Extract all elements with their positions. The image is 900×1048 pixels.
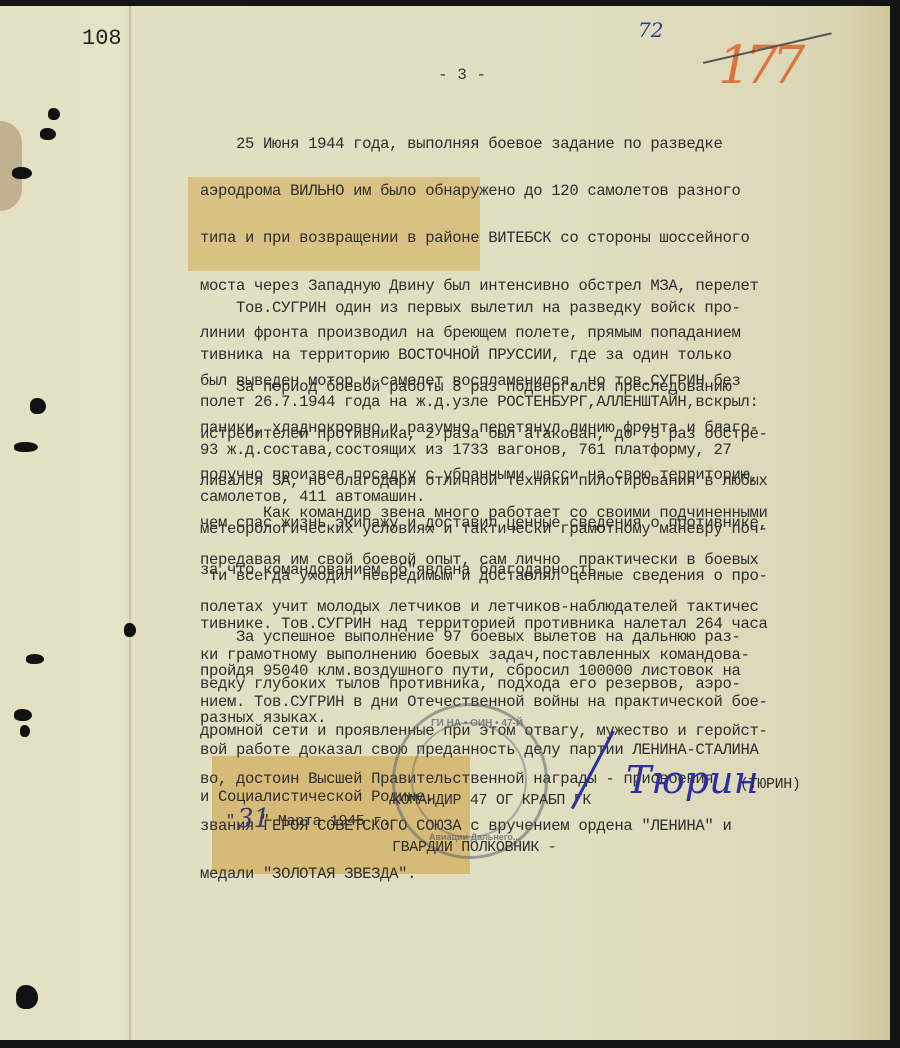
signature-block: КОМАНДИР 47 ОГ КРАБП ГК ГВАРДИИ ПОЛКОВНИ… bbox=[392, 761, 591, 887]
document-page: 108 72 177 - 3 - 25 Июня 1944 года, выпо… bbox=[0, 6, 890, 1040]
text-line: За период боевой работы 8 раз подвергалс… bbox=[200, 380, 768, 396]
paper-stain bbox=[0, 121, 22, 211]
page-number: - 3 - bbox=[438, 66, 486, 84]
page-fold-line bbox=[129, 6, 131, 1040]
signer-rank: ГВАРДИИ ПОЛКОВНИК - bbox=[392, 840, 591, 856]
text-line: истребителей противника, 2 раза был атак… bbox=[200, 427, 768, 443]
punch-hole bbox=[20, 725, 30, 737]
punch-hole bbox=[12, 167, 32, 179]
stamp-text-top: ГИ НА • ОИН • 47-Й bbox=[431, 718, 523, 729]
punch-hole bbox=[16, 985, 38, 1009]
punch-hole bbox=[48, 108, 60, 120]
handwritten-red-number: 177 bbox=[718, 36, 799, 96]
text-line: 25 Июня 1944 года, выполняя боевое задан… bbox=[200, 137, 768, 153]
punch-hole bbox=[124, 623, 136, 637]
text-line: Как командир звена много работает со сво… bbox=[200, 506, 768, 522]
punch-hole bbox=[14, 709, 32, 721]
punch-hole bbox=[30, 398, 46, 414]
text-line: аэродрома ВИЛЬНО им было обнаружено до 1… bbox=[200, 184, 768, 200]
text-line: типа и при возвращении в районе ВИТЕБСК … bbox=[200, 231, 768, 247]
text-line: За успешное выполнение 97 боевых вылетов… bbox=[200, 630, 768, 646]
handwritten-day: 31 bbox=[237, 804, 270, 834]
punch-hole bbox=[40, 128, 56, 140]
text-line: передавая им свой боевой опыт, сам лично… bbox=[200, 553, 768, 569]
handwritten-signature: Тюрин bbox=[626, 758, 759, 802]
signer-title: КОМАНДИР 47 ОГ КРАБП ГК bbox=[392, 793, 591, 809]
text-line: Тов.СУГРИН один из первых вылетил на раз… bbox=[200, 301, 758, 317]
text-line: ведку глубоких тылов противника, подхода… bbox=[200, 677, 768, 693]
handwritten-blue-number: 72 bbox=[638, 18, 663, 42]
archive-number: 108 bbox=[82, 26, 122, 51]
punch-hole bbox=[26, 654, 44, 664]
punch-hole bbox=[14, 442, 38, 452]
signer-name: (ТЮРИН) bbox=[740, 777, 801, 793]
